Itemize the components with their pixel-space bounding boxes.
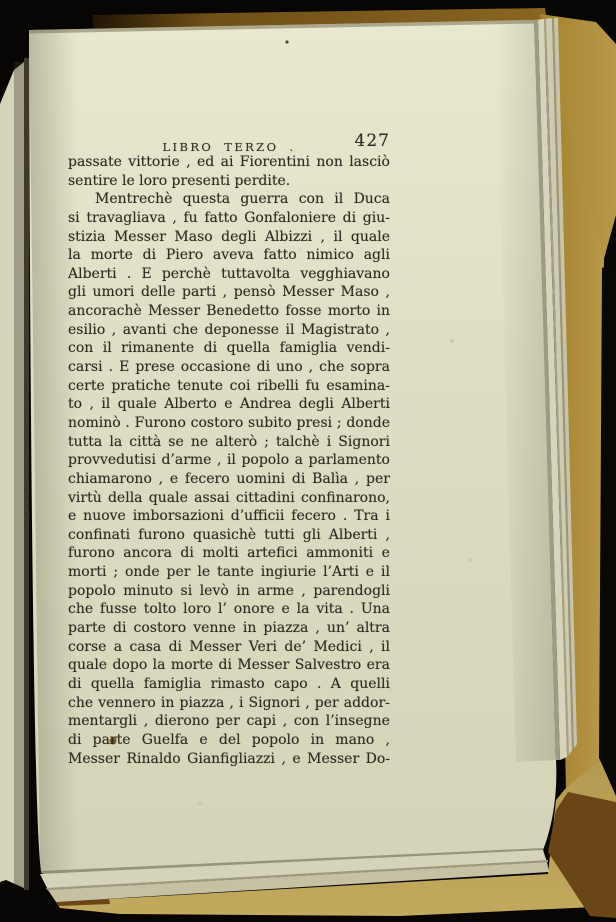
text-line: nominò.Furonocostorosubitopresi;donde — [68, 414, 390, 433]
page-text: passatevittorie,edaiFiorentininonlasciòs… — [68, 153, 390, 768]
page-number: 427 — [355, 131, 390, 151]
text-line: confinatifuronoquasichètuttigliAlberti, — [68, 526, 390, 545]
text-line: MesserRinaldoGianfigliazzi,eMesserDo- — [68, 750, 390, 769]
page-content: LIBRO TERZO . 427 passatevittorie,edaiFi… — [68, 136, 390, 768]
text-line: chiamarono,efecerouominidiBalìa,per — [68, 470, 390, 489]
text-line: chevenneroinpiazza,iSignori,peraddor- — [68, 694, 390, 713]
gutter-crease — [24, 58, 29, 890]
text-line: sitravagliava,fufattoGonfalonieredigiu- — [68, 209, 390, 228]
text-line: popolominutosilevòinarme,parendogli — [68, 582, 390, 601]
text-line: furonoancoradimoltiarteficiammonitie — [68, 544, 390, 563]
text-line: diquellafamigliarimastocapo.Aquelli — [68, 675, 390, 694]
text-line: provvedutisid’arme,ilpopoloaparlamento — [68, 451, 390, 470]
text-line: enuoveimborsazionid’ufficiifecero.Trai — [68, 507, 390, 526]
text-line: partedicostorovenneinpiazza,un’altra — [68, 619, 390, 638]
text-line: stiziaMesserMasodegliAlbizzi,ilquale — [68, 228, 390, 247]
text-line: gliumoridelleparti,pensòMesserMaso, — [68, 283, 390, 302]
text-line: certepratichetenutecoiribellifuesamina- — [68, 377, 390, 396]
text-line: Alberti.Eperchètuttavoltavegghiavano — [68, 265, 390, 284]
facing-page-shadow — [14, 62, 24, 888]
book-scan: LIBRO TERZO . 427 passatevittorie,edaiFi… — [0, 0, 616, 922]
text-line: qualedopolamortediMesserSalvestroera — [68, 656, 390, 675]
text-line: mentargli,dieronopercapi,conl’insegne — [68, 712, 390, 731]
text-line: passatevittorie,edaiFiorentininonlasciò — [68, 153, 390, 172]
text-line: lamortediPieroavevafattonimicoagli — [68, 246, 390, 265]
text-line: esilio,avantichedeponesseilMagistrato, — [68, 321, 390, 340]
text-line: conilrimanentediquellafamigliavendi- — [68, 339, 390, 358]
text-line: carsi.Epreseoccasionediuno,chesopra — [68, 358, 390, 377]
text-line: MentrechèquestaguerraconilDuca — [68, 190, 390, 209]
running-header-title: LIBRO TERZO . — [162, 140, 295, 154]
text-line: diparteGuelfaedelpopoloinmano, — [68, 731, 390, 750]
text-line: corseacasadiMesserVeride’Medici,il — [68, 638, 390, 657]
text-line: tuttalacittàsenealterò;talchèiSignori — [68, 433, 390, 452]
text-line: morti;ondeperletanteingiuriel’Artieil — [68, 563, 390, 582]
text-line: virtùdellaqualeassaicittadiniconfinarono… — [68, 489, 390, 508]
text-line: to,ilqualeAlbertoeAndreadegliAlberti — [68, 395, 390, 414]
text-line: chefussetoltolorol’onoreelavita.Una — [68, 600, 390, 619]
text-line: ancorachèMesserBenedettofossemortoin — [68, 302, 390, 321]
running-header: LIBRO TERZO . 427 — [68, 136, 390, 153]
text-line: sentireleloropresentiperdite. — [68, 172, 390, 191]
